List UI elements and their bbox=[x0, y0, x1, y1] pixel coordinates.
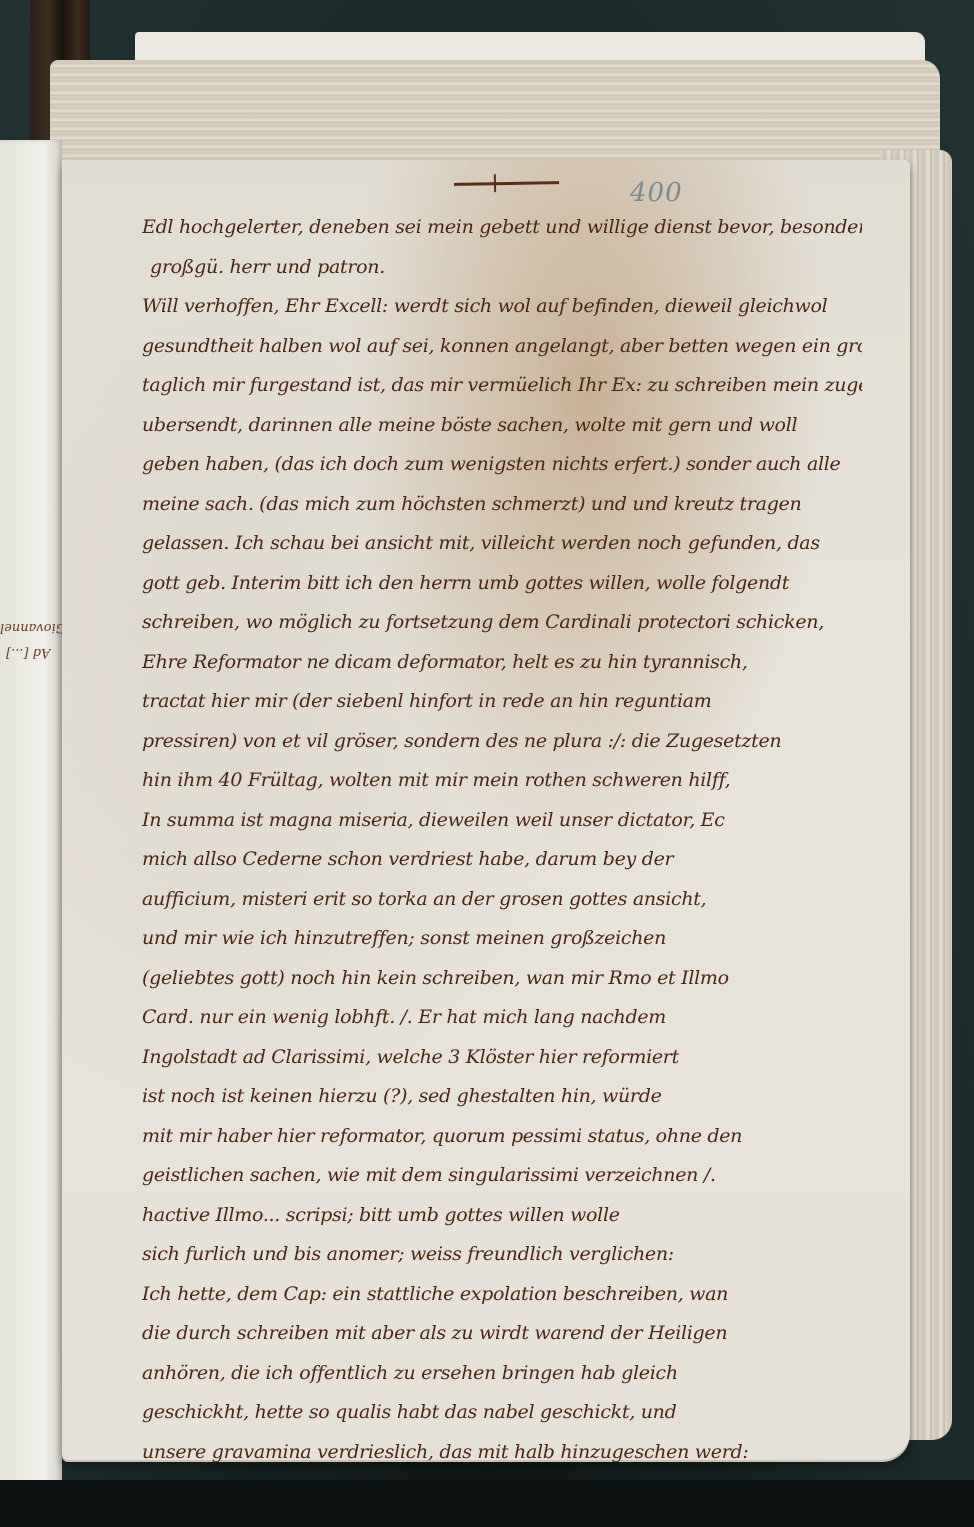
text-line: hin ihm 40 Frültag, wolten mit mir mein … bbox=[142, 761, 862, 801]
text-line: schreiben, wo möglich zu fortsetzung dem… bbox=[142, 603, 862, 643]
text-line: Ehre Reformator ne dicam deformator, hel… bbox=[142, 643, 862, 683]
text-line: großgü. herr und patron. bbox=[142, 248, 862, 288]
text-line: gott geb. Interim bitt ich den herrn umb… bbox=[142, 564, 862, 604]
text-line: ubersendt, darinnen alle meine böste sac… bbox=[142, 406, 862, 446]
margin-note: Ad [...] bbox=[6, 645, 50, 660]
text-line: pressiren) von et vil gröser, sondern de… bbox=[142, 722, 862, 762]
text-line: geben haben, (das ich doch zum wenigsten… bbox=[142, 445, 862, 485]
folio-number: 400 bbox=[630, 178, 683, 208]
cross-mark bbox=[454, 181, 559, 186]
text-line: taglich mir furgestand ist, das mir verm… bbox=[142, 366, 862, 406]
text-line: unsere gravamina verdrieslich, das mit h… bbox=[142, 1433, 862, 1473]
text-line: geistlichen sachen, wie mit dem singular… bbox=[142, 1156, 862, 1196]
facing-page-left: Giovannel Ad [...] bbox=[0, 140, 62, 1510]
text-line: anhören, die ich offentlich zu ersehen b… bbox=[142, 1354, 862, 1394]
text-line: ist noch ist keinen hierzu (?), sed ghes… bbox=[142, 1077, 862, 1117]
text-line: Ich hette, dem Cap: ein stattliche expol… bbox=[142, 1275, 862, 1315]
text-line: Edl hochgelerter, deneben sei mein gebet… bbox=[142, 208, 862, 248]
text-line: die durch schreiben mit aber als zu wird… bbox=[142, 1314, 862, 1354]
text-line: Ingolstadt ad Clarissimi, welche 3 Klöst… bbox=[142, 1038, 862, 1078]
text-line: mit mir haber hier reformator, quorum pe… bbox=[142, 1117, 862, 1157]
dark-table-surface bbox=[0, 1480, 974, 1527]
text-line: (geliebtes gott) noch hin kein schreiben… bbox=[142, 959, 862, 999]
text-line: Card. nur ein wenig lobhft. /. Er hat mi… bbox=[142, 998, 862, 1038]
text-line: geschickht, hette so qualis habt das nab… bbox=[142, 1393, 862, 1433]
manuscript-page: 400 Edl hochgelerter, deneben sei mein g… bbox=[62, 160, 910, 1460]
text-line: meine sach. (das mich zum höchsten schme… bbox=[142, 485, 862, 525]
text-line: sich furlich und bis anomer; weiss freun… bbox=[142, 1235, 862, 1275]
text-line: gelassen. Ich schau bei ansicht mit, vil… bbox=[142, 524, 862, 564]
text-line: In summa ist magna miseria, dieweilen we… bbox=[142, 801, 862, 841]
text-line: und mir wie ich hinzutreffen; sonst mein… bbox=[142, 919, 862, 959]
text-line: aufficium, misteri erit so torka an der … bbox=[142, 880, 862, 920]
text-line: hactive Illmo... scripsi; bitt umb gotte… bbox=[142, 1196, 862, 1236]
text-line: mich allso Cederne schon verdriest habe,… bbox=[142, 840, 862, 880]
manuscript-text: Edl hochgelerter, deneben sei mein gebet… bbox=[142, 208, 862, 1512]
text-line: tractat hier mir (der siebenl hinfort in… bbox=[142, 682, 862, 722]
text-line: gesundtheit halben wol auf sei, konnen a… bbox=[142, 327, 862, 367]
margin-note: Giovannel bbox=[0, 620, 66, 635]
text-line: Will verhoffen, Ehr Excell: werdt sich w… bbox=[142, 287, 862, 327]
